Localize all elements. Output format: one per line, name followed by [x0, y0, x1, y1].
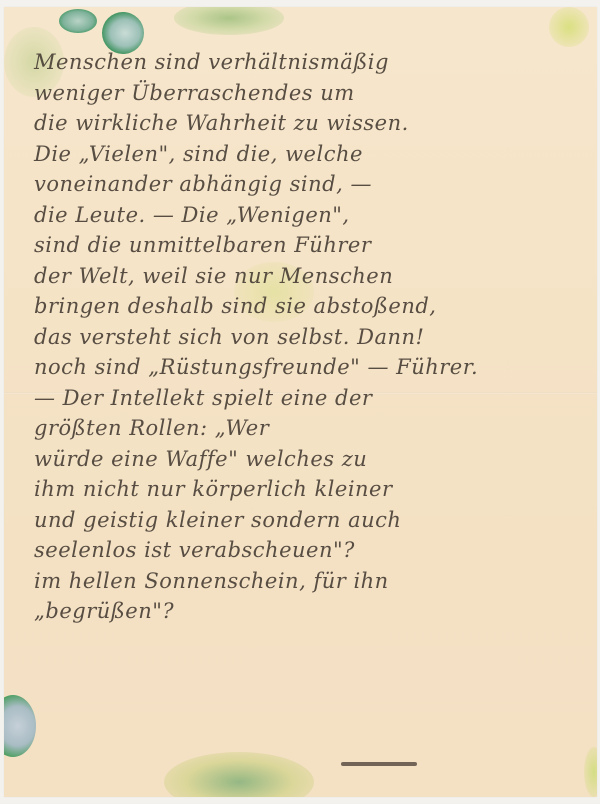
- text-line: Menschen sind verhältnismäßig: [34, 47, 594, 78]
- yellow-green-stain: [549, 7, 589, 47]
- text-line: bringen deshalb sind sie abstoßend,: [34, 291, 594, 322]
- text-line: größten Rollen: „Wer: [34, 413, 594, 444]
- text-line: der Welt, weil sie nur Menschen: [34, 261, 594, 292]
- text-line: sind die unmittelbaren Führer: [34, 230, 594, 261]
- text-line: voneinander abhängig sind, —: [34, 169, 594, 200]
- text-line: würde eine Waffe" welches zu: [34, 444, 594, 475]
- handwritten-text-block: Menschen sind verhältnismäßig weniger Üb…: [34, 47, 594, 627]
- text-line: und geistig kleiner sondern auch: [34, 505, 594, 536]
- text-line: — Der Intellekt spielt eine der: [34, 383, 594, 414]
- green-watercolor-stain: [164, 752, 314, 797]
- text-line: die wirkliche Wahrheit zu wissen.: [34, 108, 594, 139]
- text-line: seelenlos ist verabscheuen"?: [34, 535, 594, 566]
- letter-page: Menschen sind verhältnismäßig weniger Üb…: [4, 7, 597, 797]
- text-line: im hellen Sonnenschein, für ihn: [34, 566, 594, 597]
- text-line: die Leute. — Die „Wenigen",: [34, 200, 594, 231]
- text-line: „begrüßen"?: [34, 596, 594, 627]
- blue-green-ink-blot: [4, 695, 36, 757]
- yellow-green-stain: [584, 747, 597, 797]
- text-line: weniger Überraschendes um: [34, 78, 594, 109]
- blue-green-ink-blot: [59, 9, 97, 33]
- text-line: ihm nicht nur körperlich kleiner: [34, 474, 594, 505]
- text-line: noch sind „Rüstungsfreunde" — Führer.: [34, 352, 594, 383]
- green-watercolor-stain: [174, 7, 284, 35]
- text-line: Die „Vielen", sind die, welche: [34, 139, 594, 170]
- closing-dash-stroke: [341, 762, 417, 766]
- text-line: das versteht sich von selbst. Dann!: [34, 322, 594, 353]
